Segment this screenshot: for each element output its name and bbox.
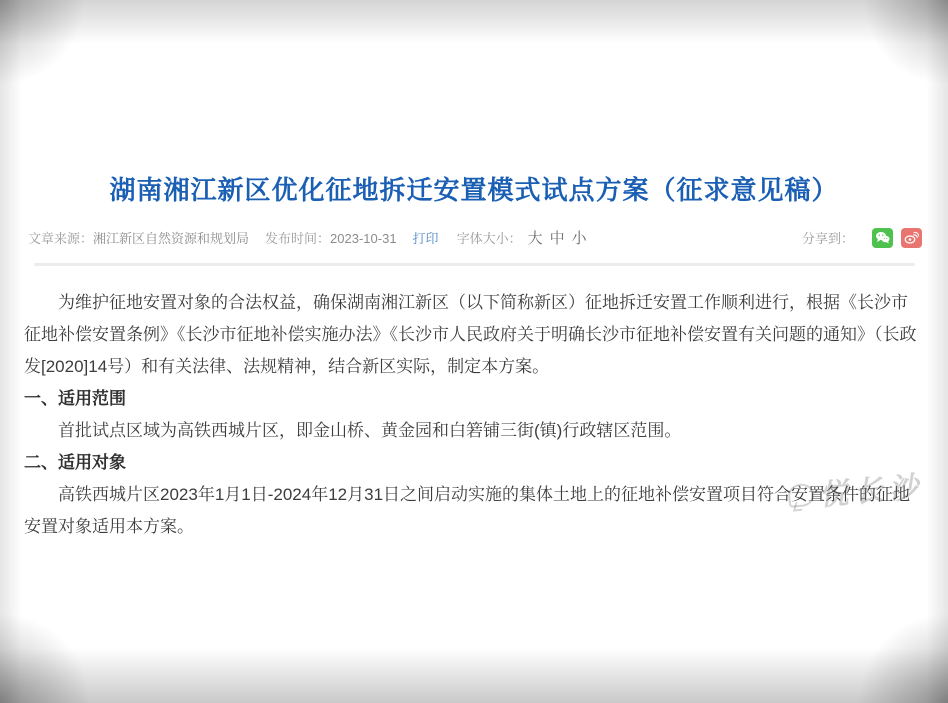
article-source-value: 湘江新区自然资源和规划局	[93, 231, 249, 246]
section-heading-targets: 二、适用对象	[24, 447, 922, 479]
share-label: 分享到：	[802, 228, 854, 247]
section-heading-scope: 一、适用范围	[24, 383, 922, 415]
font-size-control: 字体大小： 大 中 小	[457, 227, 594, 248]
publish-date-value: 2023-10-31	[330, 231, 397, 246]
article-source: 文章来源：湘江新区自然资源和规划局	[28, 228, 249, 247]
article-page: 湖南湘江新区优化征地拆迁安置模式试点方案（征求意见稿） 文章来源：湘江新区自然资…	[0, 0, 948, 703]
article-paragraph-targets: 高铁西城片区2023年1月1日-2024年12月31日之间启动实施的集体土地上的…	[24, 479, 922, 543]
article-source-label: 文章来源：	[28, 231, 93, 246]
share-bar: 分享到：	[802, 228, 922, 248]
article-paragraph-intro: 为维护征地安置对象的合法权益，确保湖南湘江新区（以下简称新区）征地拆迁安置工作顺…	[24, 287, 922, 383]
wechat-share-icon[interactable]	[872, 228, 893, 248]
article-meta-bar: 文章来源：湘江新区自然资源和规划局 发布时间：2023-10-31 打印 字体大…	[0, 227, 948, 248]
publish-date: 发布时间：2023-10-31	[265, 228, 397, 247]
publish-date-label: 发布时间：	[265, 231, 330, 246]
font-size-small-button[interactable]: 小	[572, 227, 587, 248]
page-title: 湖南湘江新区优化征地拆迁安置模式试点方案（征求意见稿）	[0, 0, 948, 206]
font-size-label: 字体大小：	[457, 228, 522, 247]
weibo-share-icon[interactable]	[901, 228, 922, 248]
font-size-medium-button[interactable]: 中	[550, 227, 565, 248]
font-size-large-button[interactable]: 大	[528, 227, 543, 248]
print-button[interactable]: 打印	[413, 228, 439, 247]
article-paragraph-scope: 首批试点区域为高铁西城片区，即金山桥、黄金园和白箬铺三街(镇)行政辖区范围。	[24, 415, 922, 447]
article-body: 为维护征地安置对象的合法权益，确保湖南湘江新区（以下简称新区）征地拆迁安置工作顺…	[0, 266, 948, 543]
